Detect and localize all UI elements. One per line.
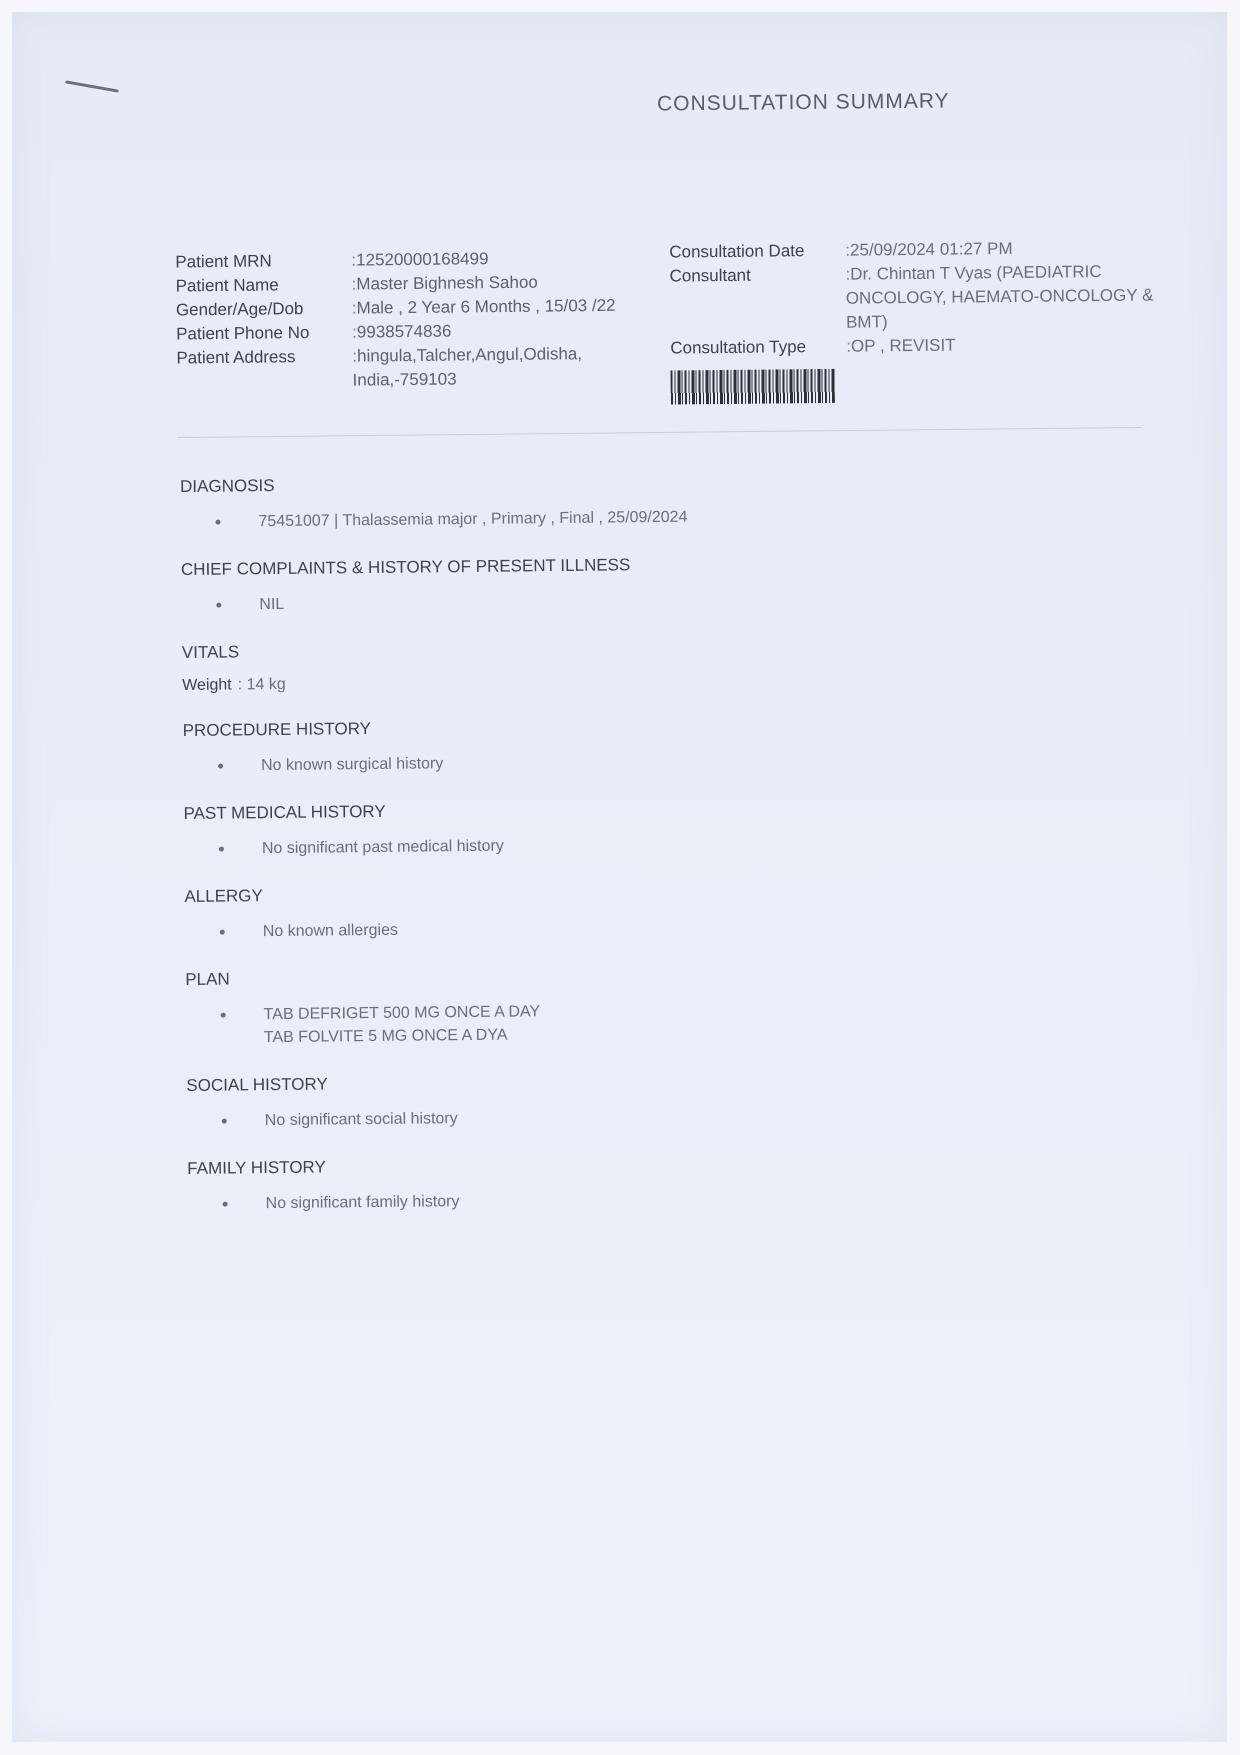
field-label: Patient Name — [176, 273, 352, 299]
diagnosis-section: DIAGNOSIS 75451007 | Thalassemia major ,… — [180, 468, 1081, 534]
barcode — [671, 369, 835, 405]
field-value: :Male , 2 Year 6 Months , 15/03 /22 — [352, 294, 642, 321]
field-label: Patient MRN — [175, 249, 351, 275]
vitals-section: VITALS Weight: 14 kg — [182, 634, 1082, 695]
list-item: TAB DEFRIGET 500 MG ONCE A DAY TAB FOLVI… — [186, 995, 1086, 1050]
section-title: VITALS — [182, 634, 1082, 663]
consultant-row: Consultant :Dr. Chintan T Vyas (PAEDIATR… — [669, 259, 1156, 336]
field-label: Consultation Type — [670, 335, 846, 361]
field-label: Gender/Age/Dob — [176, 297, 352, 323]
section-title: PROCEDURE HISTORY — [183, 712, 1083, 741]
field-value: :12520000168499 — [351, 246, 641, 273]
family-history-section: FAMILY HISTORY No significant family his… — [187, 1150, 1088, 1216]
section-title: FAMILY HISTORY — [187, 1150, 1087, 1179]
weight-label: Weight — [182, 676, 232, 694]
plan-section: PLAN TAB DEFRIGET 500 MG ONCE A DAY TAB … — [185, 961, 1086, 1050]
staple-mark — [65, 80, 119, 92]
field-label: Consultant — [669, 263, 846, 337]
scanned-page: CONSULTATION SUMMARY Patient MRN :125200… — [12, 12, 1227, 1742]
allergy-section: ALLERGY No known allergies — [184, 878, 1085, 944]
list-item: No significant family history — [187, 1184, 1087, 1216]
field-value: :9938574836 — [352, 318, 642, 345]
patient-address-row: Patient Address :hingula,Talcher,Angul,O… — [176, 342, 642, 395]
list-item: No significant past medical history — [184, 829, 1084, 861]
field-value: :hingula,Talcher,Angul,Odisha, India,-75… — [352, 342, 642, 393]
section-title: CHIEF COMPLAINTS & HISTORY OF PRESENT IL… — [181, 551, 1081, 580]
weight-value: : 14 kg — [238, 676, 286, 694]
section-title: ALLERGY — [184, 878, 1084, 907]
chief-complaints-section: CHIEF COMPLAINTS & HISTORY OF PRESENT IL… — [181, 551, 1082, 617]
field-value: :Master Bighnesh Sahoo — [352, 270, 642, 297]
document-title: CONSULTATION SUMMARY — [657, 89, 950, 116]
consultation-type-row: Consultation Type :OP , REVISIT — [670, 331, 1156, 360]
field-label: Patient Phone No — [176, 321, 352, 347]
section-title: PAST MEDICAL HISTORY — [183, 795, 1083, 824]
list-item: NIL — [181, 585, 1081, 617]
section-title: DIAGNOSIS — [180, 468, 1080, 497]
list-item: 75451007 | Thalassemia major , Primary ,… — [180, 502, 1080, 534]
summary-body: DIAGNOSIS 75451007 | Thalassemia major ,… — [180, 468, 1088, 1242]
section-title: PLAN — [185, 961, 1085, 990]
patient-info-block: Patient MRN :12520000168499 Patient Name… — [175, 246, 642, 395]
field-label: Patient Address — [176, 345, 352, 395]
past-medical-history-section: PAST MEDICAL HISTORY No significant past… — [183, 795, 1084, 861]
consultation-info-block: Consultation Date :25/09/2024 01:27 PM C… — [669, 235, 1157, 404]
field-value: :Dr. Chintan T Vyas (PAEDIATRIC ONCOLOGY… — [845, 259, 1156, 334]
list-item: No known surgical history — [183, 746, 1083, 778]
field-value: :OP , REVISIT — [846, 331, 1156, 358]
weight-row: Weight: 14 kg — [182, 668, 1082, 695]
header-divider — [177, 427, 1142, 438]
social-history-section: SOCIAL HISTORY No significant social his… — [186, 1067, 1087, 1133]
field-label: Consultation Date — [669, 239, 845, 265]
list-item: No significant social history — [187, 1101, 1087, 1133]
procedure-history-section: PROCEDURE HISTORY No known surgical hist… — [183, 712, 1084, 778]
section-title: SOCIAL HISTORY — [186, 1067, 1086, 1096]
list-item: No known allergies — [185, 912, 1085, 944]
field-value: :25/09/2024 01:27 PM — [845, 235, 1155, 262]
